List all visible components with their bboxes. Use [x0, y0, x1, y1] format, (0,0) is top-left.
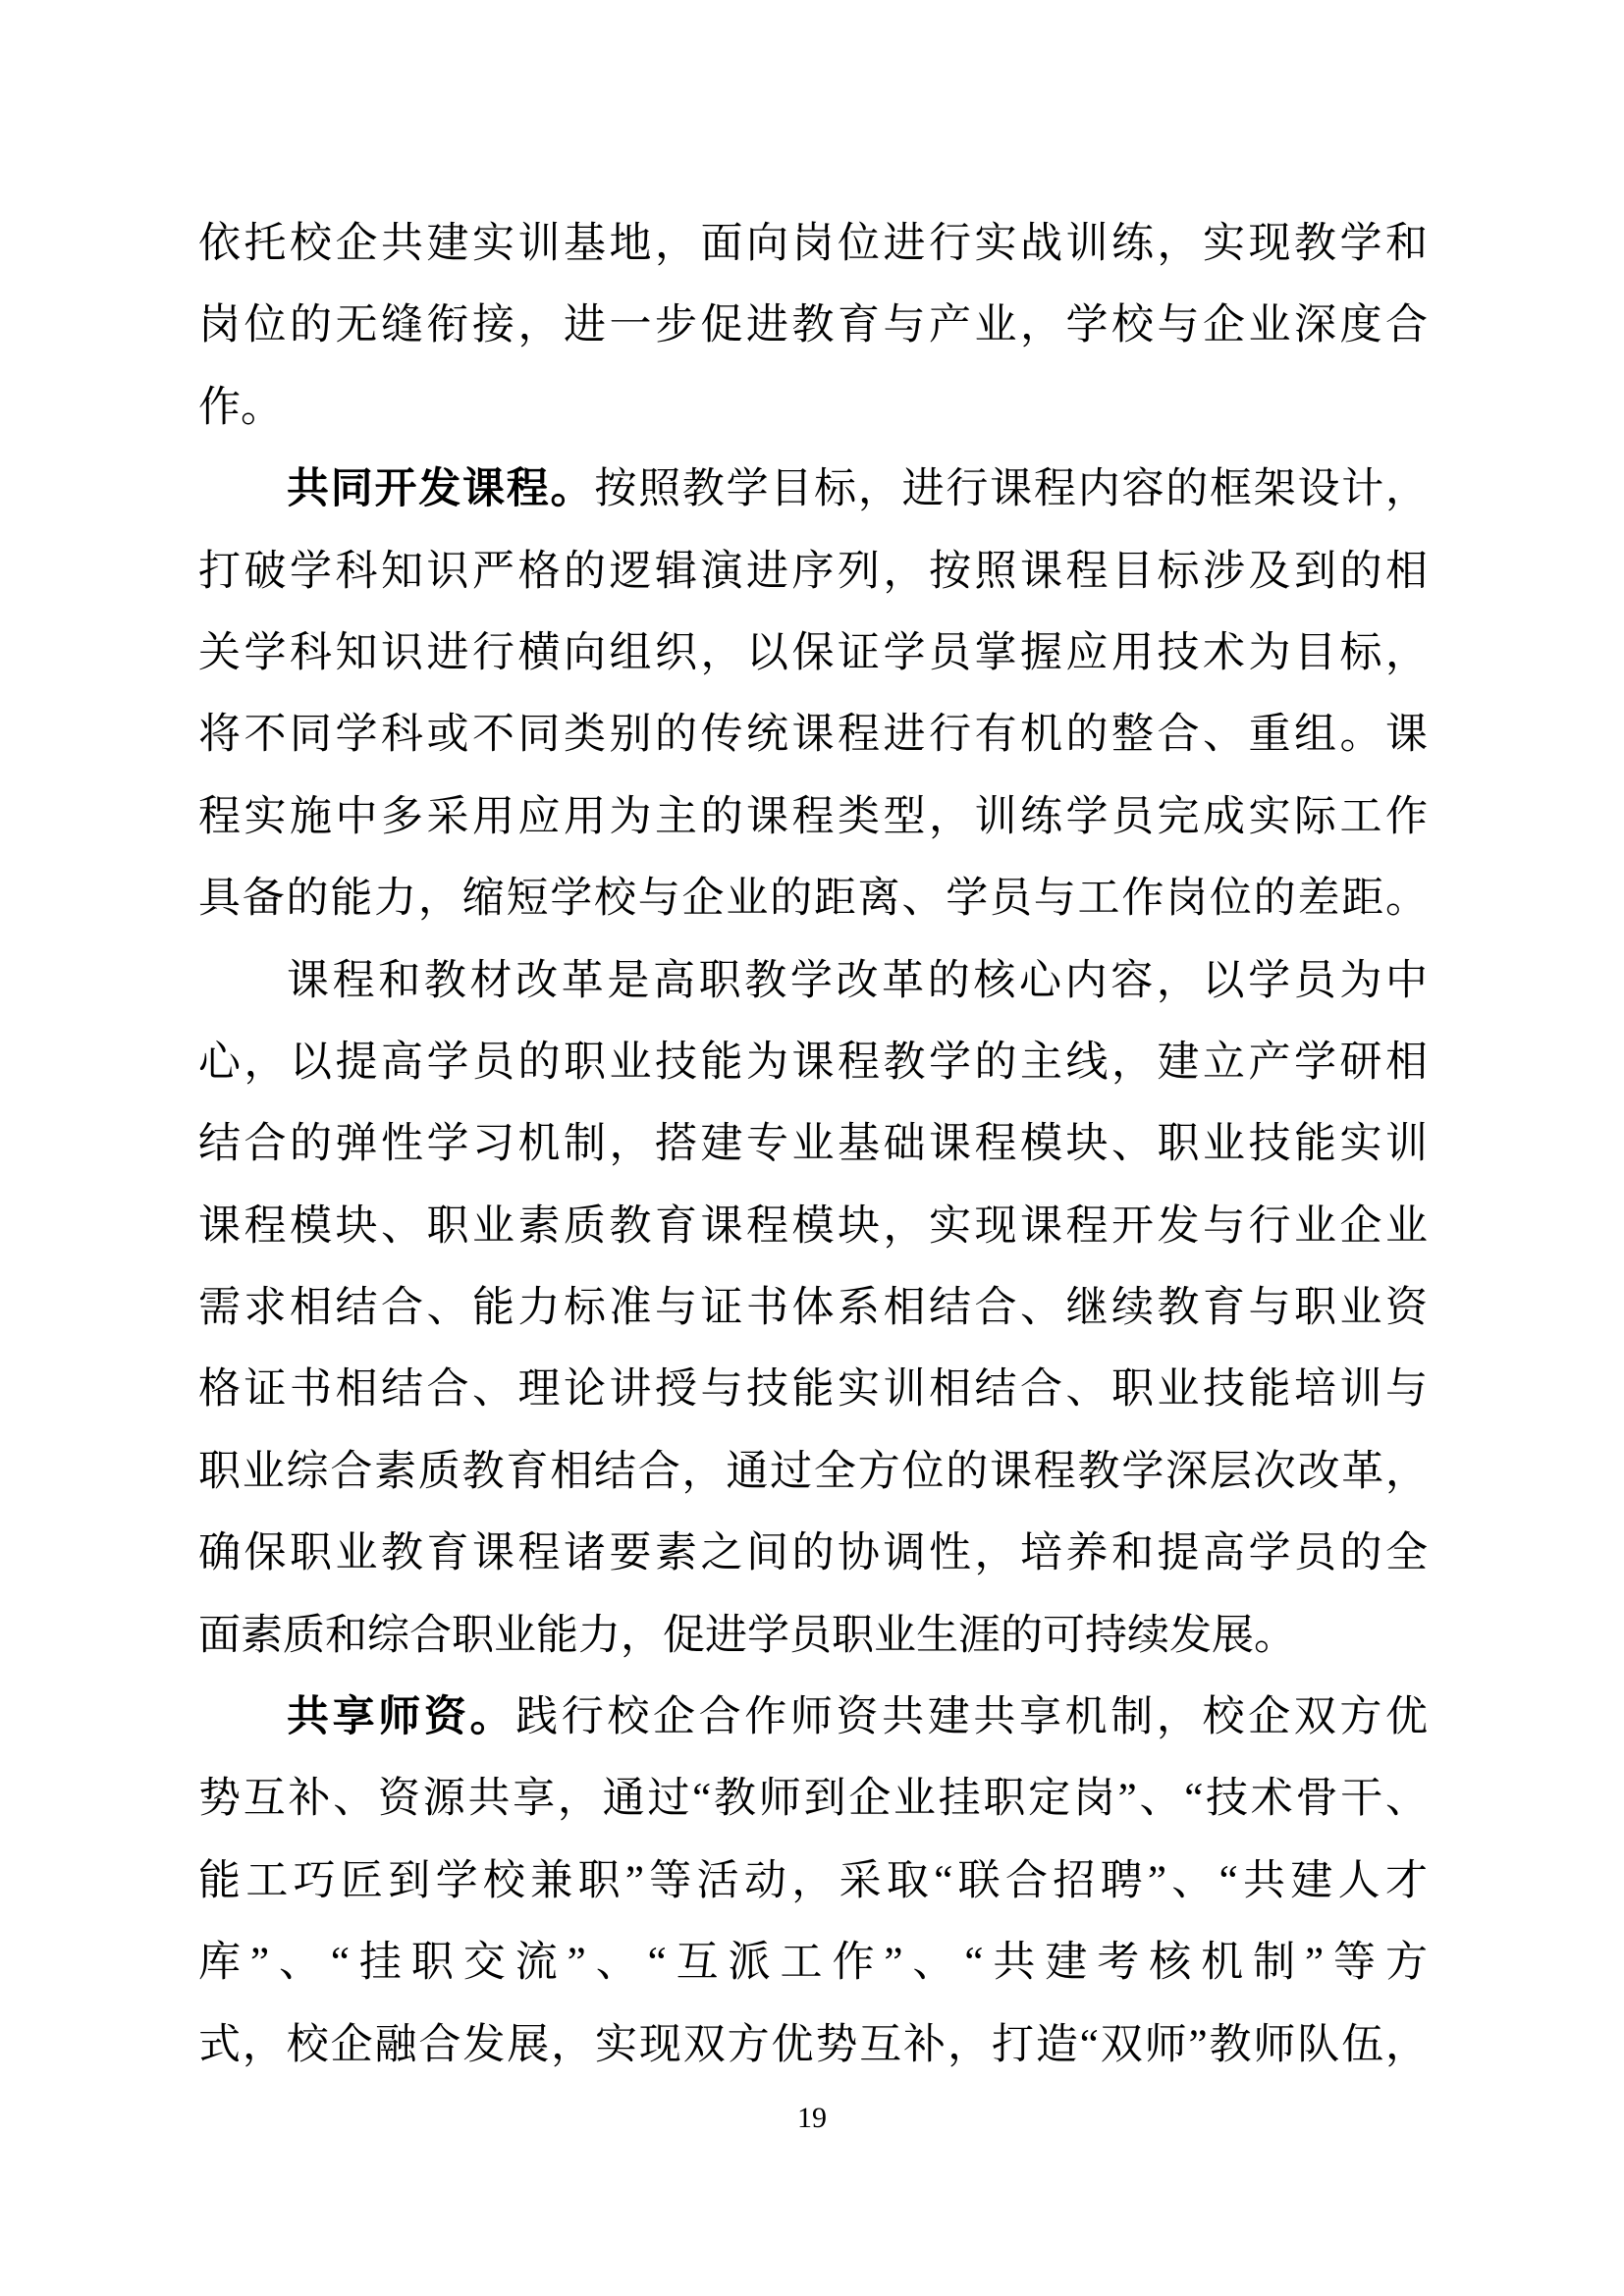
text-line: 格证书相结合、理论讲授与技能实训相结合、职业技能培训与 — [198, 1349, 1428, 1430]
line-text: 将不同学科或不同类别的传统课程进行有机的整合、重组。课 — [198, 712, 1428, 758]
line-text: 岗位的无缝衔接，进一步促进教育与产业，学校与企业深度合 — [198, 302, 1428, 348]
text-line: 程实施中多采用应用为主的课程类型，训练学员完成实际工作 — [198, 776, 1428, 858]
text-line: 确保职业教育课程诸要素之间的协调性，培养和提高学员的全 — [198, 1513, 1428, 1594]
text-line: 面素质和综合职业能力，促进学员职业生涯的可持续发展。 — [198, 1595, 1428, 1677]
line-text: 职业综合素质教育相结合，通过全方位的课程教学深层次改革， — [198, 1449, 1428, 1495]
line-text: 课程和教材改革是高职教学改革的核心内容，以学员为中 — [287, 958, 1428, 1004]
paragraph-lead-bold: 共同开发课程。 — [287, 466, 594, 512]
text-line: 需求相结合、能力标准与证书体系相结合、继续教育与职业资 — [198, 1267, 1428, 1349]
line-text: 课程模块、职业素质教育课程模块，实现课程开发与行业企业 — [198, 1203, 1428, 1250]
text-line: 依托校企共建实训基地，面向岗位进行实战训练，实现教学和 — [198, 203, 1428, 285]
text-line: 结合的弹性学习机制，搭建专业基础课程模块、职业技能实训 — [198, 1103, 1428, 1185]
text-line: 作。 — [198, 367, 1428, 449]
line-text: 按照教学目标，进行课程内容的框架设计， — [594, 466, 1428, 512]
text-line: 课程和教材改革是高职教学改革的核心内容，以学员为中 — [198, 940, 1428, 1022]
text-line: 职业综合素质教育相结合，通过全方位的课程教学深层次改革， — [198, 1431, 1428, 1513]
line-text: 需求相结合、能力标准与证书体系相结合、继续教育与职业资 — [198, 1285, 1428, 1331]
text-line: 库”、“挂职交流”、“互派工作”、“共建考核机制”等方 — [198, 1922, 1428, 2003]
text-line: 式，校企融合发展，实现双方优势互补，打造“双师”教师队伍， — [198, 2004, 1428, 2086]
line-text: 心，以提高学员的职业技能为课程教学的主线，建立产学研相 — [198, 1040, 1428, 1086]
page-number: 19 — [0, 2087, 1624, 2150]
text-line: 具备的能力，缩短学校与企业的距离、学员与工作岗位的差距。 — [198, 858, 1428, 939]
text-line: 岗位的无缝衔接，进一步促进教育与产业，学校与企业深度合 — [198, 285, 1428, 366]
text-line: 共同开发课程。按照教学目标，进行课程内容的框架设计， — [198, 449, 1428, 530]
line-text: 库”、“挂职交流”、“互派工作”、“共建考核机制”等方 — [198, 1940, 1428, 1986]
text-line: 共享师资。践行校企合作师资共建共享机制，校企双方优 — [198, 1677, 1428, 1758]
line-text: 关学科知识进行横向组织，以保证学员掌握应用技术为目标， — [198, 630, 1428, 676]
paragraph-lead-bold: 共享师资。 — [287, 1694, 515, 1740]
text-line: 势互补、资源共享，通过“教师到企业挂职定岗”、“技术骨干、 — [198, 1758, 1428, 1840]
line-text: 势互补、资源共享，通过“教师到企业挂职定岗”、“技术骨干、 — [198, 1776, 1428, 1822]
line-text: 具备的能力，缩短学校与企业的距离、学员与工作岗位的差距。 — [198, 876, 1428, 922]
text-line: 打破学科知识严格的逻辑演进序列，按照课程目标涉及到的相 — [198, 531, 1428, 613]
line-text: 践行校企合作师资共建共享机制，校企双方优 — [515, 1694, 1428, 1740]
line-text: 打破学科知识严格的逻辑演进序列，按照课程目标涉及到的相 — [198, 549, 1428, 595]
line-text: 能工巧匠到学校兼职”等活动，采取“联合招聘”、“共建人才 — [198, 1858, 1428, 1904]
text-line: 将不同学科或不同类别的传统课程进行有机的整合、重组。课 — [198, 694, 1428, 775]
line-text: 式，校企融合发展，实现双方优势互补，打造“双师”教师队伍， — [198, 2022, 1428, 2068]
line-text: 程实施中多采用应用为主的课程类型，训练学员完成实际工作 — [198, 794, 1428, 840]
line-text: 作。 — [198, 385, 283, 431]
text-line: 课程模块、职业素质教育课程模块，实现课程开发与行业企业 — [198, 1186, 1428, 1267]
document-page: 依托校企共建实训基地，面向岗位进行实战训练，实现教学和 岗位的无缝衔接，进一步促… — [0, 0, 1624, 2296]
text-line: 关学科知识进行横向组织，以保证学员掌握应用技术为目标， — [198, 613, 1428, 694]
line-text: 格证书相结合、理论讲授与技能实训相结合、职业技能培训与 — [198, 1366, 1428, 1413]
text-line: 能工巧匠到学校兼职”等活动，采取“联合招聘”、“共建人才 — [198, 1841, 1428, 1922]
line-text: 确保职业教育课程诸要素之间的协调性，培养和提高学员的全 — [198, 1530, 1428, 1576]
text-line: 心，以提高学员的职业技能为课程教学的主线，建立产学研相 — [198, 1022, 1428, 1103]
page-body: 依托校企共建实训基地，面向岗位进行实战训练，实现教学和 岗位的无缝衔接，进一步促… — [198, 203, 1428, 2086]
line-text: 面素质和综合职业能力，促进学员职业生涯的可持续发展。 — [198, 1613, 1296, 1659]
line-text: 结合的弹性学习机制，搭建专业基础课程模块、职业技能实训 — [198, 1121, 1428, 1167]
line-text: 依托校企共建实训基地，面向岗位进行实战训练，实现教学和 — [198, 221, 1428, 267]
